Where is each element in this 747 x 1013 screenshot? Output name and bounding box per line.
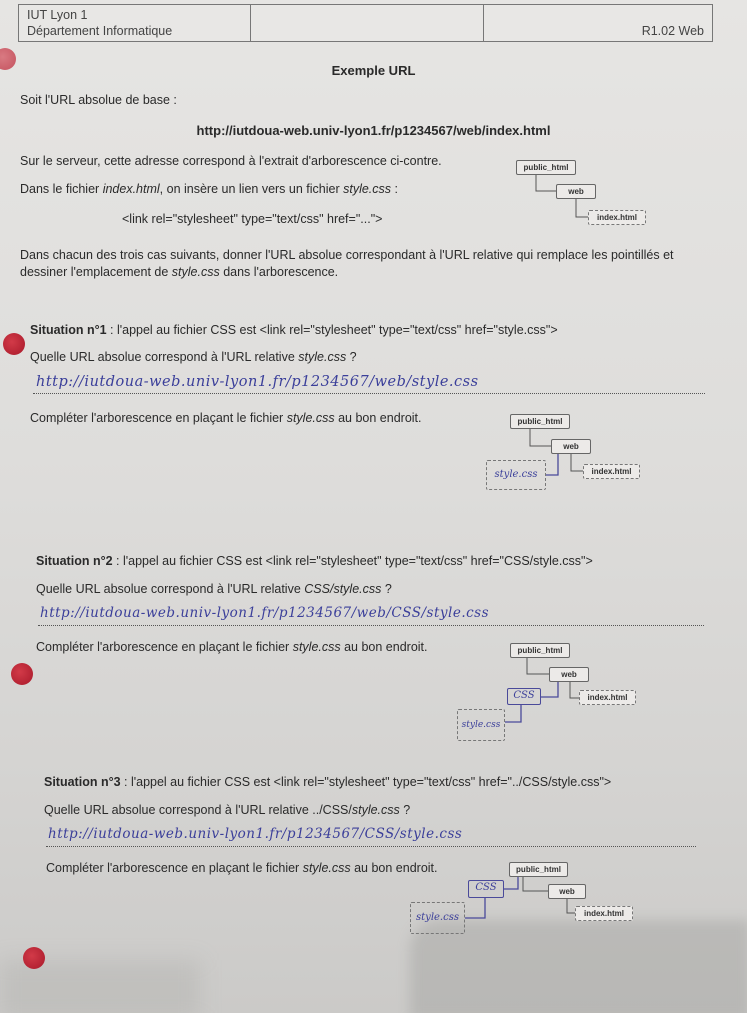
question-prefix: Quelle URL absolue correspond à l'URL re… xyxy=(30,350,298,364)
page-title: Exemple URL xyxy=(0,63,747,78)
file-text-style: style.css xyxy=(343,182,391,196)
tree-node-web: web xyxy=(549,667,589,682)
instructions-line-2: dessiner l'emplacement de style.css dans… xyxy=(20,265,338,279)
binder-hole xyxy=(11,663,33,685)
situation-1-label: Situation n°1 xyxy=(30,323,107,337)
situation-3-question: Quelle URL absolue correspond à l'URL re… xyxy=(44,803,410,817)
link-code: <link rel="stylesheet" type="text/css" h… xyxy=(122,212,382,226)
header-institution-cell: IUT Lyon 1 Département Informatique xyxy=(19,5,251,41)
question-suffix: ? xyxy=(346,350,356,364)
instructions-line-1: Dans chacun des trois cas suivants, donn… xyxy=(20,248,674,262)
complete-em: style.css xyxy=(287,411,335,425)
complete-em: style.css xyxy=(303,861,351,875)
situation-2-text: : l'appel au fichier CSS est <link rel="… xyxy=(113,554,593,568)
complete-prefix: Compléter l'arborescence en plaçant le f… xyxy=(36,640,293,654)
situation-3-answer: http://iutdoua-web.univ-lyon1.fr/p123456… xyxy=(48,826,462,842)
tree-node-index-html: index.html xyxy=(588,210,646,225)
tree-node-index-html: index.html xyxy=(575,906,633,921)
server-text: Sur le serveur, cette adresse correspond… xyxy=(20,154,442,168)
situation-3-complete-instruction: Compléter l'arborescence en plaçant le f… xyxy=(46,861,438,875)
situation-1-answer: http://iutdoua-web.univ-lyon1.fr/p123456… xyxy=(36,374,479,390)
file-text-middle: , on insère un lien vers un fichier xyxy=(160,182,343,196)
binder-hole xyxy=(23,947,45,969)
situation-2-answer: http://iutdoua-web.univ-lyon1.fr/p123456… xyxy=(40,605,489,621)
binder-hole xyxy=(3,333,25,355)
tree-node-css-folder-drawn: CSS xyxy=(468,880,504,898)
tree-node-web: web xyxy=(556,184,596,199)
situation-1-complete-instruction: Compléter l'arborescence en plaçant le f… xyxy=(30,411,422,425)
tree-node-style-css-drawn: style.css xyxy=(457,709,505,741)
question-prefix: Quelle URL absolue correspond à l'URL re… xyxy=(44,803,352,817)
situation-2-label: Situation n°2 xyxy=(36,554,113,568)
tree-node-css-folder-drawn: CSS xyxy=(507,688,541,705)
base-url-label: Soit l'URL absolue de base : xyxy=(20,93,177,107)
situation-3-text: : l'appel au fichier CSS est <link rel="… xyxy=(121,775,612,789)
tree-node-style-css-drawn: style.css xyxy=(486,460,546,490)
question-prefix: Quelle URL absolue correspond à l'URL re… xyxy=(36,582,304,596)
institution-name: IUT Lyon 1 xyxy=(27,7,242,23)
question-suffix: ? xyxy=(400,803,410,817)
complete-suffix: au bon endroit. xyxy=(341,640,428,654)
tree-node-style-css-drawn: style.css xyxy=(410,902,465,934)
complete-em: style.css xyxy=(293,640,341,654)
file-text-suffix: : xyxy=(391,182,398,196)
situation-2-complete-instruction: Compléter l'arborescence en plaçant le f… xyxy=(36,640,428,654)
course-code: R1.02 Web xyxy=(484,5,712,41)
tree-node-web: web xyxy=(548,884,586,899)
question-em: CSS/style.css xyxy=(304,582,381,596)
complete-prefix: Compléter l'arborescence en plaçant le f… xyxy=(30,411,287,425)
situation-3-label: Situation n°3 xyxy=(44,775,121,789)
document-header: IUT Lyon 1 Département Informatique R1.0… xyxy=(18,4,713,42)
tree-node-index-html: index.html xyxy=(579,690,636,705)
complete-suffix: au bon endroit. xyxy=(351,861,438,875)
instructions-em: style.css xyxy=(172,265,220,279)
question-em: style.css xyxy=(352,803,400,817)
situation-1-statement: Situation n°1 : l'appel au fichier CSS e… xyxy=(30,323,558,337)
base-url: http://iutdoua-web.univ-lyon1.fr/p123456… xyxy=(0,123,747,138)
file-text: Dans le fichier index.html, on insère un… xyxy=(20,182,398,196)
situation-1-text: : l'appel au fichier CSS est <link rel="… xyxy=(107,323,558,337)
situation-3-statement: Situation n°3 : l'appel au fichier CSS e… xyxy=(44,775,611,789)
question-em: style.css xyxy=(298,350,346,364)
complete-suffix: au bon endroit. xyxy=(335,411,422,425)
header-middle-cell xyxy=(251,5,484,41)
tree-node-web: web xyxy=(551,439,591,454)
situation-2-statement: Situation n°2 : l'appel au fichier CSS e… xyxy=(36,554,593,568)
instructions-suffix: dans l'arborescence. xyxy=(220,265,338,279)
tree-node-public-html: public_html xyxy=(510,414,570,429)
complete-prefix: Compléter l'arborescence en plaçant le f… xyxy=(46,861,303,875)
department-name: Département Informatique xyxy=(27,23,242,39)
tree-node-public-html: public_html xyxy=(509,862,568,877)
file-text-prefix: Dans le fichier xyxy=(20,182,103,196)
tree-node-public-html: public_html xyxy=(510,643,570,658)
question-suffix: ? xyxy=(381,582,391,596)
situation-1-question: Quelle URL absolue correspond à l'URL re… xyxy=(30,350,357,364)
situation-2-question: Quelle URL absolue correspond à l'URL re… xyxy=(36,582,392,596)
tree-node-public-html: public_html xyxy=(516,160,576,175)
file-text-index: index.html xyxy=(103,182,160,196)
instructions-prefix: dessiner l'emplacement de xyxy=(20,265,172,279)
tree-node-index-html: index.html xyxy=(583,464,640,479)
